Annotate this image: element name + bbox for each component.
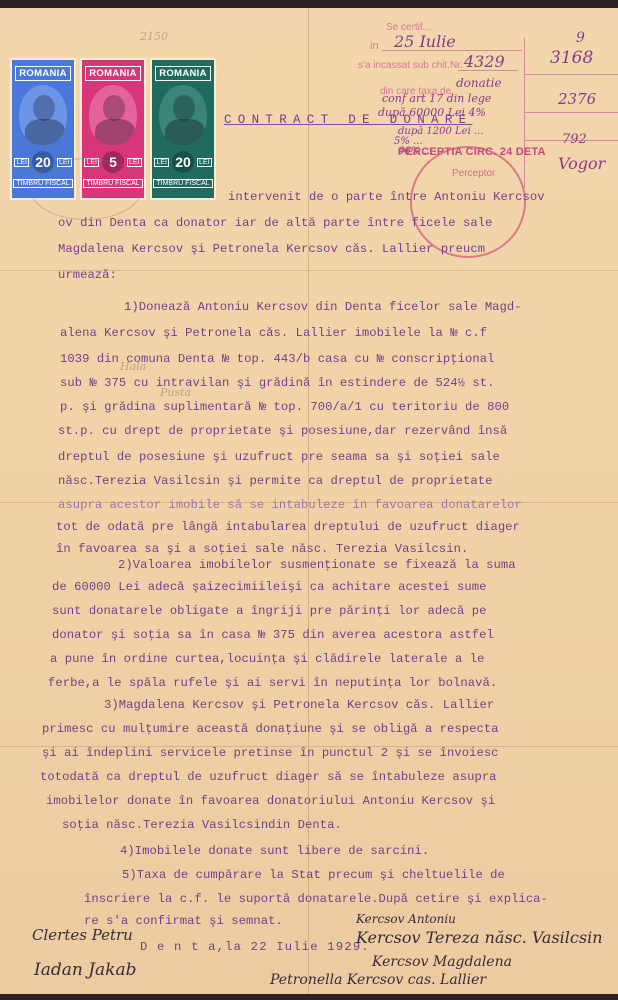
stamp-caption: TIMBRU FISCAL: [153, 179, 212, 188]
body-line: soţia născ.Terezia Vasilcsindin Denta.: [62, 818, 342, 832]
body-line: totodată ca dreptul de uzufruct diager s…: [40, 770, 497, 784]
stamp-country: ROMANIA: [155, 66, 211, 81]
body-line: 3)Magdalena Kercsov şi Petronela Kercsov…: [104, 698, 494, 712]
body-line: tot de odată pre lângă intabularea drept…: [56, 520, 520, 534]
fiscal-stamp-20-lei-green: ROMANIA LEI 20 LEI TIMBRU FISCAL: [150, 58, 216, 200]
receipt-number: 4329: [464, 52, 505, 71]
signature-witness: Clertes Petru: [32, 926, 133, 944]
receipt-tax-type: donatie: [456, 76, 502, 90]
body-line: a pune în ordine curtea,locuinţa şi clăd…: [50, 652, 484, 666]
receipt-in-label: in: [370, 40, 379, 52]
body-line: ov din Denta ca donator iar de altă part…: [58, 216, 492, 230]
stamp-value: 20: [172, 151, 194, 173]
portrait-icon: [159, 85, 207, 145]
stamp-unit: LEI: [14, 158, 29, 167]
document-title: CONTRACT DE DONARE: [224, 113, 472, 127]
body-line: în favoarea sa şi a soţiei sale născ. Te…: [56, 542, 468, 556]
body-line: dreptul de posesiune şi uzufruct pre sea…: [58, 450, 500, 464]
signature-donor-wife: Kercsov Tereza născ. Vasilcsin: [356, 928, 603, 947]
receipt-amount-total: 3168: [550, 48, 593, 68]
portrait-icon: [89, 85, 137, 145]
receipt-note: conf art 17 din lege: [382, 92, 491, 105]
handwritten-note: Hala: [120, 360, 146, 373]
body-line: născ.Terezia Vasilcsin şi permite ca dre…: [58, 474, 492, 488]
body-line: p. şi grădina suplimentară № top. 700/a/…: [60, 400, 509, 414]
body-line: urmează:: [58, 268, 117, 282]
seal-office-title: PERCEPTIA CIRC. 24 DETA: [398, 146, 546, 158]
signature-witness: Iadan Jakab: [34, 960, 137, 980]
stamp-country: ROMANIA: [15, 66, 71, 81]
place-date-line: D e n t a,la 22 Iulie 1929.: [140, 940, 370, 954]
body-line: imobilelor donate în favoarea donatoriul…: [46, 794, 495, 808]
body-line: 5)Taxa de cumpărare la Stat precum şi ch…: [122, 868, 505, 882]
receipt-amount-small: 9: [576, 30, 585, 46]
body-line: st.p. cu drept de proprietate şi posesiu…: [58, 424, 507, 438]
receipt-date: 25 Iulie: [394, 32, 456, 51]
body-line: Magdalena Kercsov şi Petronela Kercsov c…: [58, 242, 485, 256]
receipt-number-label: s'a incassat sub chit.Nr.: [358, 60, 463, 71]
receipt-amount-other: 792: [562, 132, 587, 147]
body-line: 1)Donează Antoniu Kercsov din Denta fice…: [124, 300, 522, 314]
stamp-country: ROMANIA: [85, 66, 141, 81]
body-line: şi ai îndeplini servicele pretinse în pu…: [42, 746, 499, 760]
body-line: sunt donatarele obligate a îngriji pre p…: [52, 604, 486, 618]
body-line: înscriere la c.f. le suportă donatarele.…: [84, 892, 548, 906]
document-page: 2150 ROMANIA LEI 20 LEI TIMBRU FISCAL RO…: [0, 8, 618, 994]
body-line: ferbe,a le spăla rufele şi ai servi în n…: [48, 676, 497, 690]
stamp-unit: LEI: [154, 158, 169, 167]
handwritten-note: Pusta: [160, 386, 191, 399]
receipt-signature: Vogor: [558, 154, 605, 173]
body-line: 4)Imobilele donate sunt libere de sarcin…: [120, 844, 429, 858]
seal-perceptor-label: Perceptor: [452, 168, 495, 179]
signature-donee: Kercsov Magdalena: [372, 954, 512, 970]
body-line: de 60000 Lei adecă şaizecimiileişi ca ac…: [52, 580, 486, 594]
portrait-icon: [19, 85, 67, 145]
pencil-note: 2150: [140, 30, 168, 43]
body-line: primesc cu mulţumire această donaţiune ş…: [42, 722, 499, 736]
stamp-unit: LEI: [197, 158, 212, 167]
body-line: intervenit de o parte între Antoniu Kerc…: [228, 190, 545, 204]
body-line: sub № 375 cu intravilan şi grădină în es…: [60, 376, 494, 390]
signature-donor: Kercsov Antoniu: [356, 912, 456, 926]
signature-donee: Petronella Kercsov cas. Lallier: [270, 972, 486, 988]
postmark-icon: [30, 158, 142, 220]
body-line: donator şi soţia sa în casa № 375 din av…: [52, 628, 494, 642]
stamp-unit: LEI: [127, 158, 142, 167]
body-line: 2)Valoarea imobilelor susmenţionate se f…: [118, 558, 516, 572]
receipt-amount-tax: 2376: [558, 90, 596, 108]
body-line: asupra acestor imobile să se intabuleze …: [58, 498, 522, 512]
body-line: alena Kercsov şi Petronela căs. Lallier …: [60, 326, 487, 340]
